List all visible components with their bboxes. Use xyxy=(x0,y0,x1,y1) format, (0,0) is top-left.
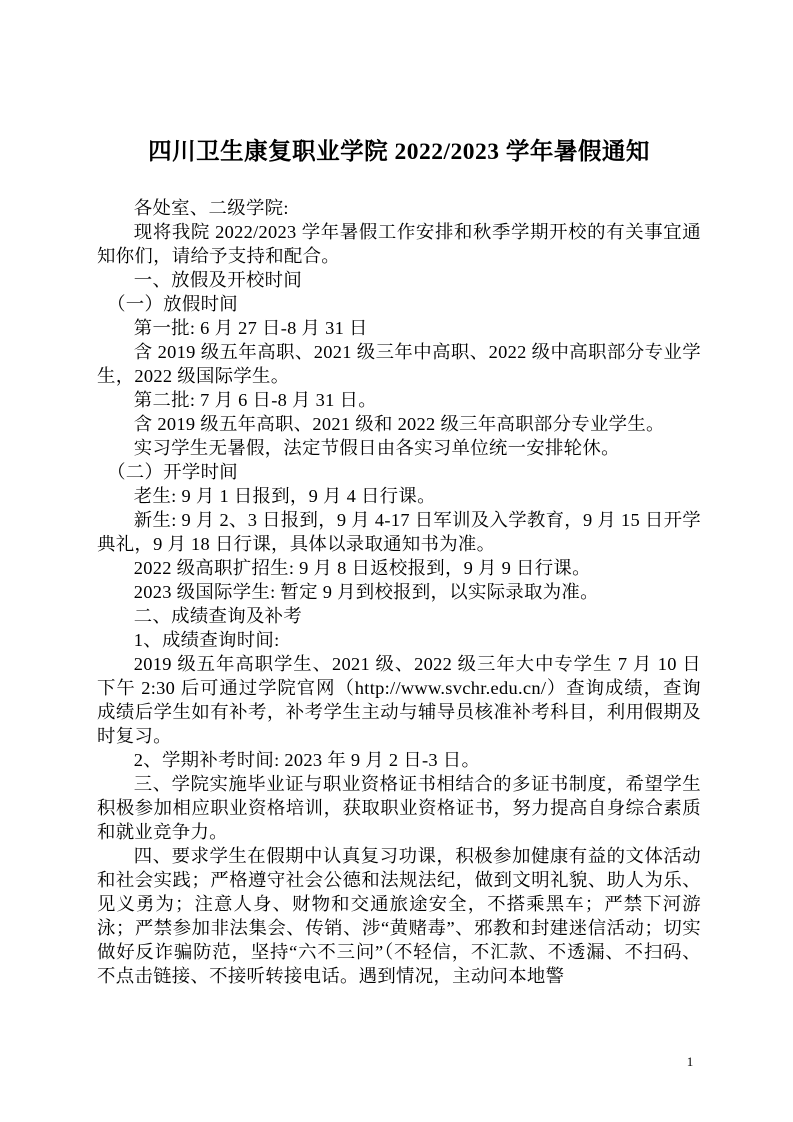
section-1-heading: 一、放假及开校时间 xyxy=(97,268,701,292)
document-page: 四川卫生康复职业学院 2022/2023 学年暑假通知 各处室、二级学院: 现将… xyxy=(0,0,793,1122)
returning-students-schedule: 老生: 9 月 1 日报到，9 月 4 日行课。 xyxy=(97,484,701,508)
notice-content: 四川卫生康复职业学院 2022/2023 学年暑假通知 各处室、二级学院: 现将… xyxy=(97,134,701,988)
second-batch-dates: 第二批: 7 月 6 日-8 月 31 日。 xyxy=(97,388,701,412)
second-batch-scope: 含 2019 级五年高职、2021 级和 2022 级三年高职部分专业学生。 xyxy=(97,412,701,436)
notice-title: 四川卫生康复职业学院 2022/2023 学年暑假通知 xyxy=(97,134,701,170)
makeup-exam-time: 2、学期补考时间: 2023 年 9 月 2 日-3 日。 xyxy=(97,748,701,772)
page-number: 1 xyxy=(680,1054,700,1070)
intro-paragraph: 现将我院 2022/2023 学年暑假工作安排和秋季学期开校的有关事宜通知你们，… xyxy=(97,220,701,268)
international-students-schedule: 2023 级国际学生: 暂定 9 月到校报到，以实际录取为准。 xyxy=(97,580,701,604)
grade-query-details: 2019 级五年高职学生、2021 级、2022 级三年大中专学生 7 月 10… xyxy=(97,652,701,748)
salutation: 各处室、二级学院: xyxy=(97,196,701,220)
section-2-heading: 二、成绩查询及补考 xyxy=(97,604,701,628)
subsection-1-2-heading: （二）开学时间 xyxy=(97,460,701,484)
new-students-schedule: 新生: 9 月 2、3 日报到，9 月 4-17 日军训及入学教育，9 月 15… xyxy=(97,508,701,556)
section-3-certificates: 三、学院实施毕业证与职业资格证书相结合的多证书制度，希望学生积极参加相应职业资格… xyxy=(97,772,701,844)
subsection-1-1-heading: （一）放假时间 xyxy=(97,292,701,316)
grade-query-time-heading: 1、成绩查询时间: xyxy=(97,628,701,652)
first-batch-scope: 含 2019 级五年高职、2021 级三年中高职、2022 级中高职部分专业学生… xyxy=(97,340,701,388)
section-4-holiday-conduct: 四、要求学生在假期中认真复习功课，积极参加健康有益的文体活动和社会实践；严格遵守… xyxy=(97,844,701,988)
expansion-students-schedule: 2022 级高职扩招生: 9 月 8 日返校报到，9 月 9 日行课。 xyxy=(97,556,701,580)
first-batch-dates: 第一批: 6 月 27 日-8 月 31 日 xyxy=(97,316,701,340)
intern-students-note: 实习学生无暑假，法定节假日由各实习单位统一安排轮休。 xyxy=(97,436,701,460)
